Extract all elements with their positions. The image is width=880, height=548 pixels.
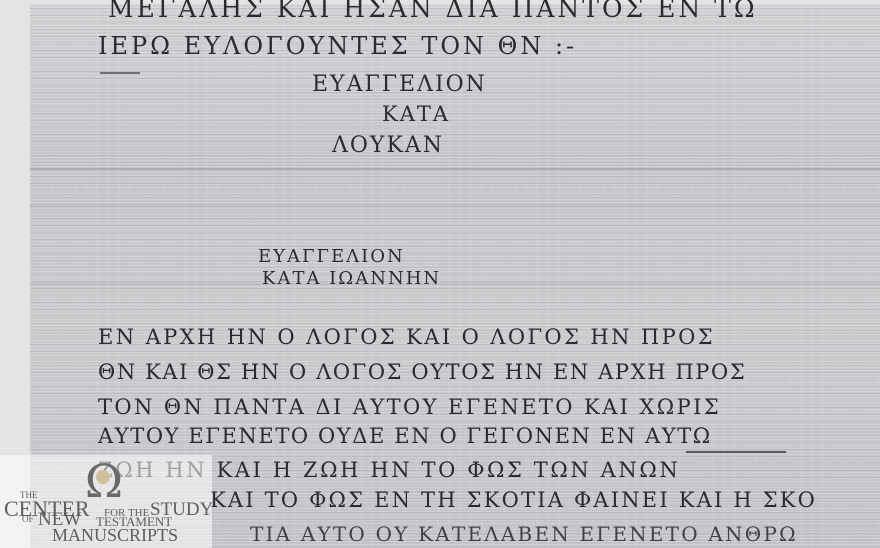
manuscript-superscription-euangelion: ΕΥΑΓΓΕΛΙΟΝ [258, 246, 405, 267]
manuscript-superscription-kata-ioannen: ΚΑΤΑ ΙΩΑΝΝΗΝ [262, 268, 441, 289]
manuscript-line-john-1-3a: ΤΟΝ ΘΝ ΠΑΝΤΑ ΔΙ ΑΥΤΟΥ ΕΓΕΝΕΤΟ ΚΑΙ ΧΩΡΙΣ [98, 395, 721, 419]
manuscript-line-john-1-1b: ΘΝ ΚΑΙ ΘΣ ΗΝ Ο ΛΟΓΟΣ ΟΥΤΟΣ ΗΝ ΕΝ ΑΡΧΗ ΠΡ… [98, 360, 746, 384]
manuscript-subscription-kata: ΚΑΤΑ [382, 102, 450, 126]
overline-stroke [100, 72, 140, 74]
manuscript-line-john-1-5b: ΤΙΑ ΑΥΤΟ ΟΥ ΚΑΤΕΛΑΒΕΝ ΕΓΕΝΕΤΟ ΑΝΘΡΩ [250, 522, 798, 546]
watermark-of: OF [22, 514, 34, 524]
logo-seal-icon [96, 470, 110, 484]
manuscript-line-luke-24-53b: ΙΕΡΩ ΕΥΛΟΓΟΥΝΤΕΣ ΤΟΝ ΘΝ :- [98, 32, 577, 60]
watermark-manuscripts: MANUSCRIPTS [52, 525, 178, 546]
manuscript-subscription-loukan: ΛΟΥΚΑΝ [332, 133, 444, 158]
papyrus-seam [30, 168, 880, 170]
manuscript-line-john-1-5a: ΚΑΙ ΤΟ ΦΩΣ ΕΝ ΤΗ ΣΚΟΤΙΑ ΦΑΙΝΕΙ ΚΑΙ Η ΣΚΟ [210, 488, 817, 512]
manuscript-line-luke-24-53a: ΜΕΓΑΛΗΣ ΚΑΙ ΗΣΑΝ ΔΙΑ ΠΑΝΤΟΣ ΕΝ ΤΩ [108, 0, 758, 23]
papyrus-seam [30, 283, 880, 285]
manuscript-line-john-1-3b: ΑΥΤΟΥ ΕΓΕΝΕΤΟ ΟΥΔΕ ΕΝ Ο ΓΕΓΟΝΕΝ ΕΝ ΑΥΤΩ [98, 424, 712, 448]
papyrus-seam [30, 205, 880, 207]
manuscript-subscription-euangelion: ΕΥΑΓΓΕΛΙΟΝ [312, 72, 487, 97]
overline-stroke [686, 451, 786, 453]
manuscript-line-john-1-1a: ΕΝ ΑΡΧΗ ΗΝ Ο ΛΟΓΟΣ ΚΑΙ Ο ΛΟΓΟΣ ΗΝ ΠΡΟΣ [98, 325, 715, 349]
